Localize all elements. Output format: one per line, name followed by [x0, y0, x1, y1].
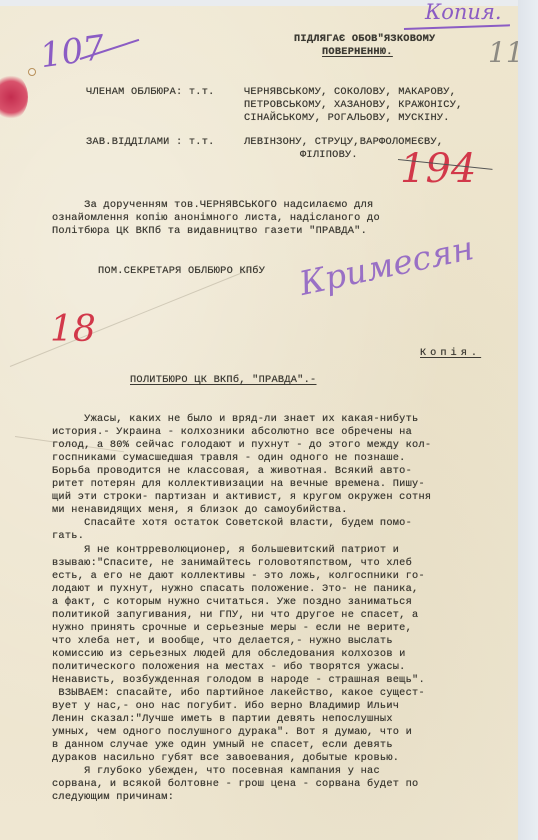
members-line-3: СІНАЙСЬКОМУ, РОГАЛЬОВУ, МУСКІНУ.	[244, 112, 450, 125]
letter-body-line: Ленин сказал:"Лучше иметь в партии девят…	[52, 713, 393, 726]
letter-body-line: Спасайте хотя остаток Советской власти, …	[52, 517, 412, 530]
letter-body-line: взываю:"Спасите, не занимайтесь головотя…	[52, 557, 412, 570]
heads-line-1: ЛЕВІНЗОНУ, СТРУЦУ,ВАРФОЛОМЕЄВУ,	[244, 136, 443, 149]
letter-body-line: госпниками сумасшедшая травля - один одн…	[52, 452, 406, 465]
letter-body-line: комиссию из серьезных людей для обследов…	[52, 648, 406, 661]
letter-heading: ПОЛИТБЮРО ЦК ВКПб, "ПРАВДА".-	[130, 374, 316, 387]
paper-fold	[10, 269, 251, 367]
letter-body-line: Борьба проводится не классовая, а животн…	[52, 465, 412, 478]
letter-body-line: умных, чем одного послушного дурака". Во…	[52, 726, 412, 739]
letter-body-line: дураков насильно губят все завоевания, д…	[52, 752, 399, 765]
signature: Кримесян	[296, 228, 477, 303]
letter-body-line: гать.	[52, 530, 84, 543]
handwritten-copy-note: Копия.	[425, 0, 502, 24]
letter-body-line: лодают и пухнут, нужно спасать положение…	[52, 583, 418, 596]
red-wax-stain	[0, 74, 28, 120]
letter-body-line: Я не контрреволюционер, я большевитский …	[52, 544, 399, 557]
letter-body-line: ВЗЫВАЕМ: спасайте, ибо партийное лакейст…	[52, 687, 425, 700]
letter-body-line: ми ненавидящих меня, я близок до самоуби…	[52, 504, 348, 517]
letter-body-line: политикой запугивания, ни ГПУ, ни что др…	[52, 609, 418, 622]
red-pencil-number-18: 18	[50, 309, 96, 350]
scan-background-edge	[518, 0, 538, 840]
pin-hole	[28, 68, 36, 76]
letter-body-line: что хлеба нет, и вообще, что делается,- …	[52, 635, 393, 648]
purple-underline-stroke	[404, 24, 510, 30]
letter-body-line: Ненависть, возбужденная голодом в народе…	[52, 674, 425, 687]
cover-text-line-2: ознайомлення копію анонімного листа, над…	[52, 212, 380, 225]
copy-label: Копія.	[420, 347, 481, 360]
sender-line: ПОМ.СЕКРЕТАРЯ ОБЛБЮРО КПбУ	[98, 265, 265, 278]
letter-body-line: Ужасы, каких не было и вряд-ли знает их …	[52, 413, 418, 426]
cover-text-line-1: За дорученням тов.ЧЕРНЯВСЬКОГО надсилаєм…	[52, 199, 373, 212]
heads-label: ЗАВ.ВІДДІЛАМИ : т.т.	[86, 136, 215, 149]
members-line-2: ПЕТРОВСЬКОМУ, ХАЗАНОВУ, КРАЖОНІСУ,	[244, 99, 463, 112]
letter-body-line: щий эти строки- партизан и активист, я к…	[52, 491, 431, 504]
return-notice-line-2: ПОВЕРНЕННЮ.	[322, 46, 393, 59]
letter-body-line: есть, а его не дают коллективы - это лож…	[52, 570, 425, 583]
letter-body-line: сорвана, и всякой болтовне - грош цена -…	[52, 778, 418, 791]
letter-body-line: нужно принять срочные и серьезные меры -…	[52, 622, 412, 635]
letter-body-line: ритет потерян для коллективизации на веч…	[52, 478, 425, 491]
letter-body-line: следующим причинам:	[52, 791, 174, 804]
letter-body-line: а факт, с которым нужно считаться. Уже п…	[52, 596, 412, 609]
letter-body-line: в данном случае уже один умный не спасет…	[52, 739, 393, 752]
members-line-1: ЧЕРНЯВСЬКОМУ, СОКОЛОВУ, МАКАРОВУ,	[244, 86, 456, 99]
document-page: Копия. 107 11 194 18 Кримесян ПІДЛЯГАЄ О…	[0, 6, 519, 840]
red-pencil-number-194: 194	[400, 146, 476, 192]
return-notice-line-1: ПІДЛЯГАЄ ОБОВ"ЯЗКОВОМУ	[294, 33, 435, 46]
heads-line-2: ФІЛІПОВУ.	[300, 149, 358, 162]
letter-body-line: политического положения на местах - ибо …	[52, 661, 406, 674]
cover-text-line-3: Політбюра ЦК ВКПб та видавництво газети …	[52, 225, 367, 238]
letter-body-line: голод, а 80% сейчас голодают и пухнут - …	[52, 439, 431, 452]
members-label: ЧЛЕНАМ ОБЛБЮРА: т.т.	[86, 86, 215, 99]
letter-body-line: история.- Украина - колхозники абсолютно…	[52, 426, 412, 439]
letter-body-line: Я глубоко убежден, что посевная кампания…	[52, 765, 380, 778]
letter-body-line: вует у нас,- оно нас погубит. Ибо верно …	[52, 700, 399, 713]
